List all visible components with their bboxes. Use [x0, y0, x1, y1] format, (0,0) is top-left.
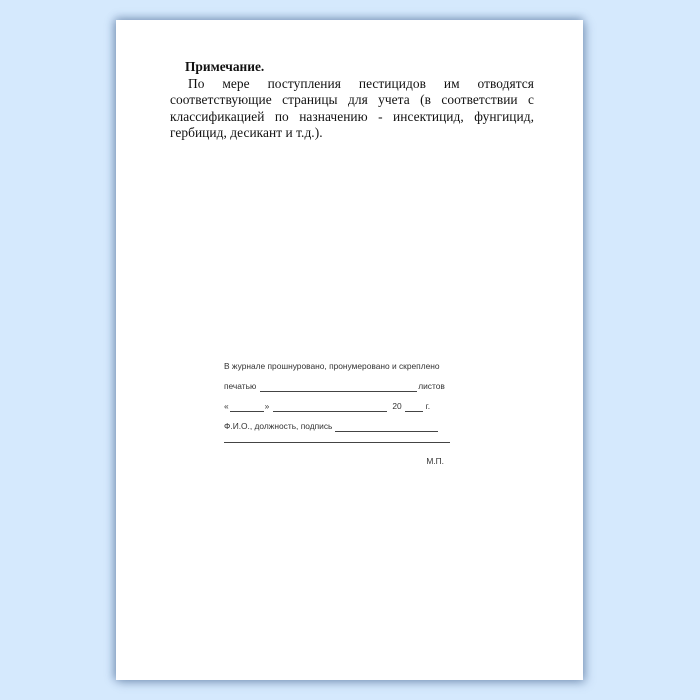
- signature-label: Ф.И.О., должность, подпись: [224, 420, 332, 432]
- quote-close: »: [265, 400, 270, 412]
- sheets-label: листов: [418, 380, 445, 392]
- quote-open: «: [224, 400, 229, 412]
- year-blank[interactable]: [405, 402, 423, 412]
- extra-signature-line[interactable]: [224, 432, 450, 443]
- certification-text: В журнале прошнуровано, пронумеровано и …: [224, 360, 440, 372]
- binding-certification: В журнале прошнуровано, пронумеровано и …: [224, 352, 450, 466]
- seal-line: печатью листов: [224, 372, 450, 392]
- note-title: Примечание.: [185, 59, 534, 76]
- certification-line: В журнале прошнуровано, пронумеровано и …: [224, 352, 450, 372]
- document-page: Примечание. По мере поступления пестицид…: [116, 20, 583, 680]
- day-blank[interactable]: [230, 402, 264, 412]
- signature-blank[interactable]: [335, 422, 438, 432]
- note-section: Примечание. По мере поступления пестицид…: [170, 59, 534, 142]
- month-blank[interactable]: [273, 402, 387, 412]
- year-suffix: г.: [426, 400, 430, 412]
- signature-line: Ф.И.О., должность, подпись: [224, 412, 450, 432]
- year-prefix: 20: [392, 400, 401, 412]
- seal-label: печатью: [224, 380, 256, 392]
- note-body: По мере поступления пестицидов им отводя…: [170, 76, 534, 142]
- stamp-mark: М.П.: [224, 456, 450, 466]
- sheets-count-blank[interactable]: [260, 382, 417, 392]
- date-line: « » 20 г.: [224, 392, 450, 412]
